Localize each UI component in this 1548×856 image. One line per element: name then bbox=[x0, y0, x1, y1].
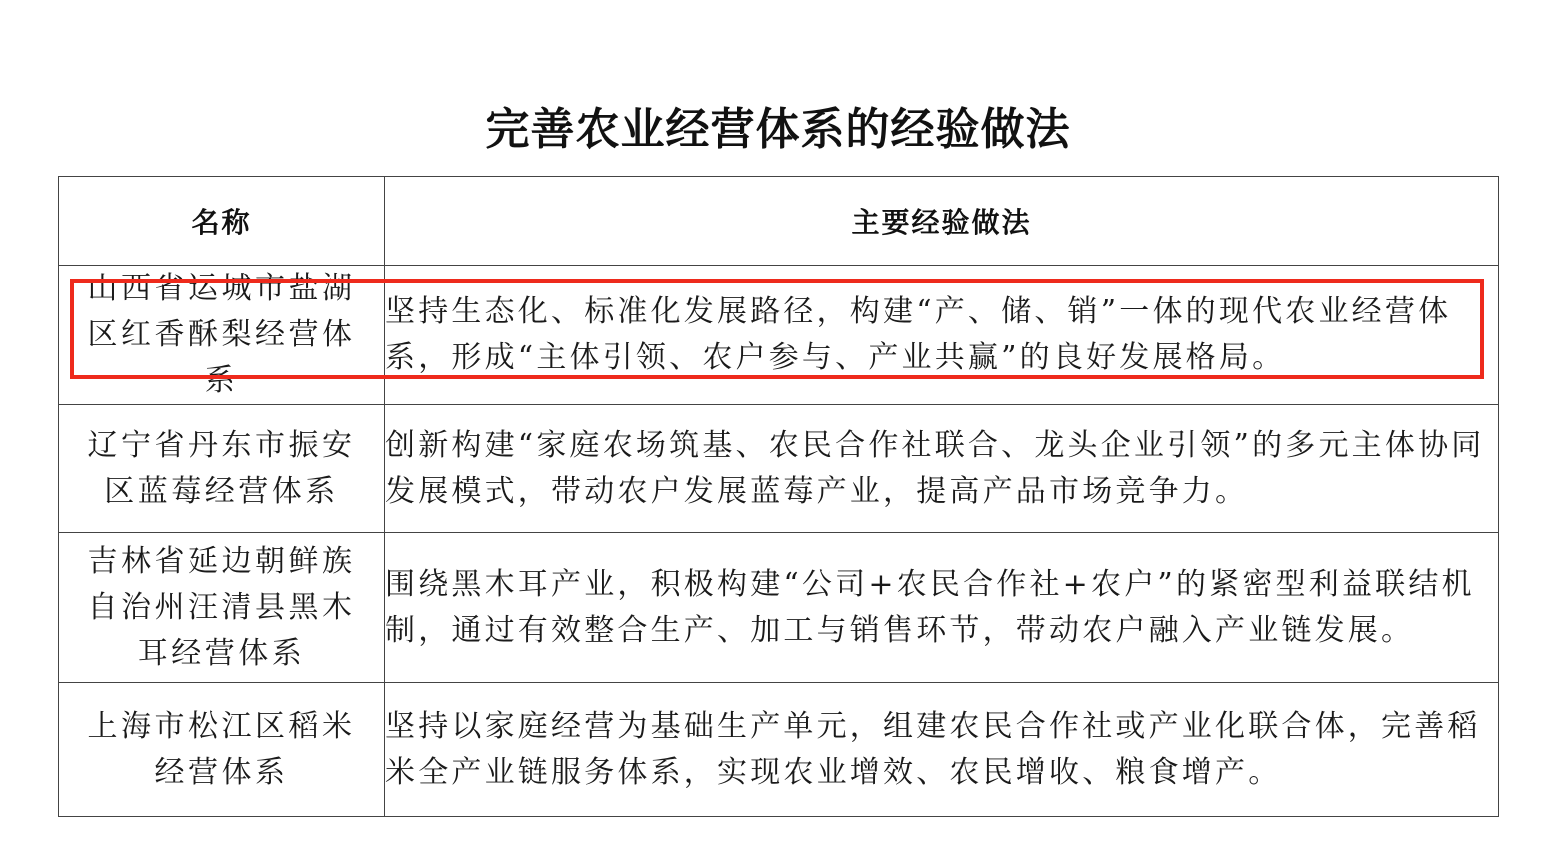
row-name-text: 辽宁省丹东市振安区蓝莓经营体系 bbox=[72, 423, 372, 515]
row-practice-cell: 创新构建“家庭农场筑基、农民合作社联合、龙头企业引领”的多元主体协同发展模式，带… bbox=[385, 405, 1499, 533]
row-practice-cell: 围绕黑木耳产业，积极构建“公司+农民合作社+农户”的紧密型利益联结机制，通过有效… bbox=[385, 533, 1499, 683]
page-title: 完善农业经营体系的经验做法 bbox=[0, 100, 1548, 160]
row-practice-cell: 坚持以家庭经营为基础生产单元，组建农民合作社或产业化联合体，完善稻米全产业链服务… bbox=[385, 683, 1499, 817]
table-row: 上海市松江区稻米经营体系 坚持以家庭经营为基础生产单元，组建农民合作社或产业化联… bbox=[59, 683, 1499, 817]
table-header-row: 名称 主要经验做法 bbox=[59, 177, 1499, 266]
column-header-name: 名称 bbox=[59, 177, 385, 266]
table-row: 吉林省延边朝鲜族自治州汪清县黑木耳经营体系 围绕黑木耳产业，积极构建“公司+农民… bbox=[59, 533, 1499, 683]
row-name-text: 山西省运城市盐湖区红香酥梨经营体系 bbox=[72, 266, 372, 404]
row-practice-cell: 坚持生态化、标准化发展路径，构建“产、储、销”一体的现代农业经营体系，形成“主体… bbox=[385, 266, 1499, 405]
experience-table: 名称 主要经验做法 山西省运城市盐湖区红香酥梨经营体系 坚持生态化、标准化发展路… bbox=[58, 176, 1499, 817]
row-name-text: 吉林省延边朝鲜族自治州汪清县黑木耳经营体系 bbox=[72, 539, 372, 677]
row-name-cell: 吉林省延边朝鲜族自治州汪清县黑木耳经营体系 bbox=[59, 533, 385, 683]
row-name-cell: 辽宁省丹东市振安区蓝莓经营体系 bbox=[59, 405, 385, 533]
row-name-text: 上海市松江区稻米经营体系 bbox=[87, 704, 357, 796]
row-name-cell: 上海市松江区稻米经营体系 bbox=[59, 683, 385, 817]
row-name-cell: 山西省运城市盐湖区红香酥梨经营体系 bbox=[59, 266, 385, 405]
table-row: 辽宁省丹东市振安区蓝莓经营体系 创新构建“家庭农场筑基、农民合作社联合、龙头企业… bbox=[59, 405, 1499, 533]
table-row: 山西省运城市盐湖区红香酥梨经营体系 坚持生态化、标准化发展路径，构建“产、储、销… bbox=[59, 266, 1499, 405]
column-header-practice: 主要经验做法 bbox=[385, 177, 1499, 266]
